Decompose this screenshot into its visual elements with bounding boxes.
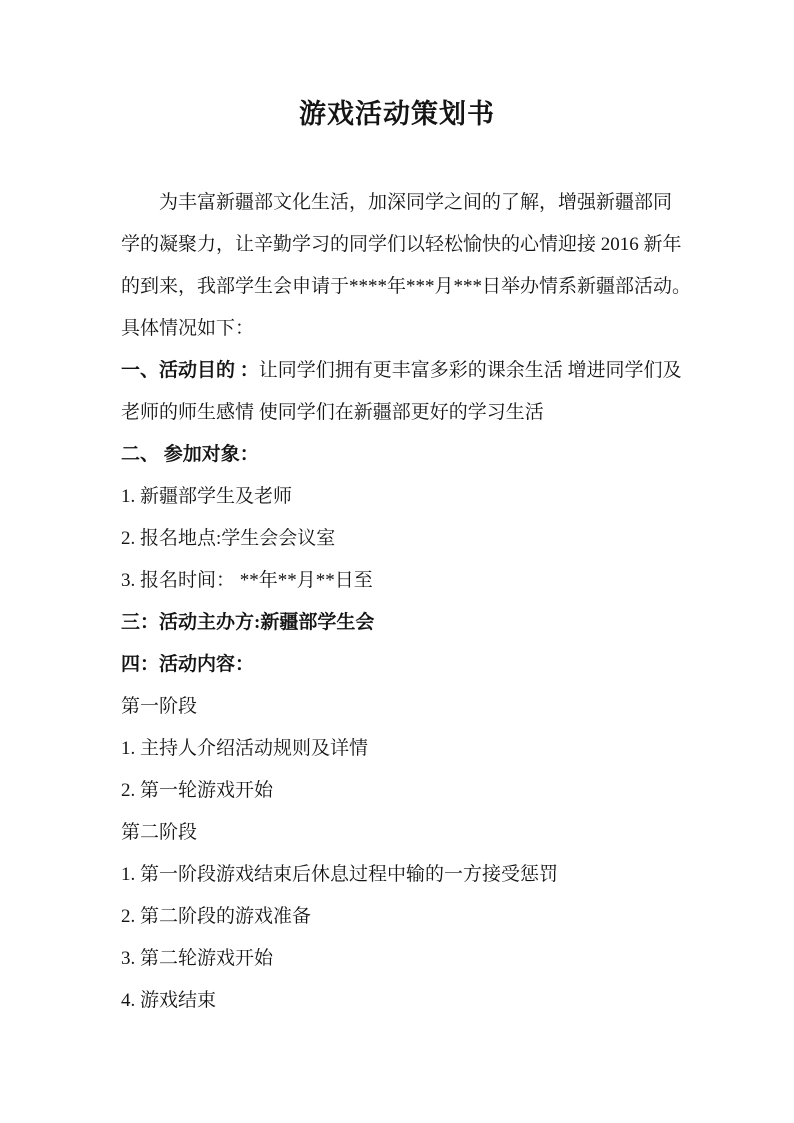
- document-body: 为丰富新疆部文化生活，加深同学之间的了解，增强新疆部同 学的凝聚力，让辛勤学习的…: [0, 182, 794, 1022]
- participants-list-item: 3. 报名时间： **年**月**日至: [121, 560, 694, 602]
- text-segment: 二、 参加对象：: [121, 444, 259, 465]
- text-segment: 第二阶段: [121, 822, 197, 843]
- section-participants-heading: 二、 参加对象：: [121, 434, 694, 476]
- section-purpose-heading: 一、活动目的 ：: [121, 360, 259, 381]
- stage-2-item: 1. 第一阶段游戏结束后休息过程中输的一方接受惩罚: [121, 854, 694, 896]
- intro-paragraph-line: 具体情况如下：: [121, 308, 694, 350]
- document-page: 游戏活动策划书 为丰富新疆部文化生活，加深同学之间的了解，增强新疆部同 学的凝聚…: [0, 0, 794, 1123]
- stage-2-item: 2. 第二阶段的游戏准备: [121, 896, 694, 938]
- text-segment: 四：活动内容：: [121, 654, 254, 675]
- document-title: 游戏活动策划书: [0, 0, 794, 130]
- section-purpose-line: 一、活动目的 ：让同学们拥有更丰富多彩的课余生活 增进同学们及: [121, 350, 694, 392]
- text-segment: 的到来，我部学生会申请于****年***月***日举办情系新疆部活动。: [121, 276, 691, 297]
- text-segment: 3. 报名时间： **年**月**日至: [121, 570, 373, 591]
- intro-paragraph-line: 为丰富新疆部文化生活，加深同学之间的了解，增强新疆部同: [121, 182, 694, 224]
- section-purpose-line: 老师的师生感情 使同学们在新疆部更好的学习生活: [121, 392, 694, 434]
- text-segment: 1. 第一阶段游戏结束后休息过程中输的一方接受惩罚: [121, 864, 558, 885]
- text-segment: 2. 第二阶段的游戏准备: [121, 906, 311, 927]
- intro-paragraph-line: 学的凝聚力，让辛勤学习的同学们以轻松愉快的心情迎接 2016 新年: [121, 224, 694, 266]
- text-segment: 让同学们拥有更丰富多彩的课余生活 增进同学们及: [259, 360, 682, 381]
- participants-list-item: 1. 新疆部学生及老师: [121, 476, 694, 518]
- stage-1-heading: 第一阶段: [121, 686, 694, 728]
- participants-list-item: 2. 报名地点:学生会会议室: [121, 518, 694, 560]
- section-content-heading: 四：活动内容：: [121, 644, 694, 686]
- text-segment: 3. 第二轮游戏开始: [121, 948, 273, 969]
- intro-paragraph-line: 的到来，我部学生会申请于****年***月***日举办情系新疆部活动。: [121, 266, 694, 308]
- section-organizer-heading: 三：活动主办方:新疆部学生会: [121, 602, 694, 644]
- text-segment: 学的凝聚力，让辛勤学习的同学们以轻松愉快的心情迎接 2016 新年: [121, 234, 682, 255]
- stage-1-item: 1. 主持人介绍活动规则及详情: [121, 728, 694, 770]
- stage-2-item: 4. 游戏结束: [121, 980, 694, 1022]
- text-segment: 1. 新疆部学生及老师: [121, 486, 292, 507]
- text-segment: 为丰富新疆部文化生活，加深同学之间的了解，增强新疆部同: [159, 192, 672, 213]
- text-segment: 2. 第一轮游戏开始: [121, 780, 273, 801]
- stage-1-item: 2. 第一轮游戏开始: [121, 770, 694, 812]
- stage-2-item: 3. 第二轮游戏开始: [121, 938, 694, 980]
- stage-2-heading: 第二阶段: [121, 812, 694, 854]
- text-segment: 2. 报名地点:学生会会议室: [121, 528, 335, 549]
- text-segment: 第一阶段: [121, 696, 197, 717]
- text-segment: 1. 主持人介绍活动规则及详情: [121, 738, 368, 759]
- text-segment: 三：活动主办方:新疆部学生会: [121, 612, 374, 633]
- text-segment: 老师的师生感情 使同学们在新疆部更好的学习生活: [121, 402, 544, 423]
- text-segment: 具体情况如下：: [121, 318, 254, 339]
- text-segment: 4. 游戏结束: [121, 990, 216, 1011]
